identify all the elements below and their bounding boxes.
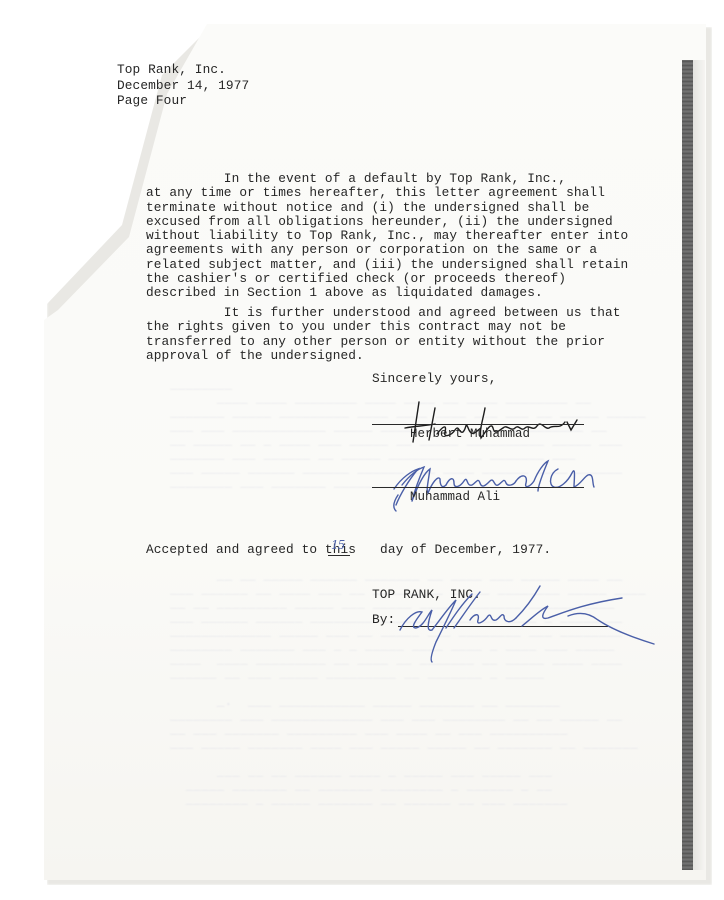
signatory-name-herbert: Herbert Muhammad — [410, 427, 530, 441]
paragraph-line: It is further understood and agreed betw… — [146, 306, 621, 320]
acceptance-prefix: Accepted and agreed to this — [146, 542, 356, 557]
paragraph-line: the rights given to you under this contr… — [146, 320, 621, 334]
paragraph-line: approval of the undersigned. — [146, 349, 621, 363]
stacked-page-edge — [682, 60, 693, 870]
paragraph-line: described in Section 1 above as liquidat… — [146, 286, 628, 300]
acceptance-day-value: 15 — [331, 538, 344, 552]
acceptance-suffix: day of December, 1977. — [380, 542, 551, 557]
paragraph-line: excused from all obligations hereunder, … — [146, 215, 628, 229]
header-date: December 14, 1977 — [117, 78, 249, 94]
paragraph-line: agreements with any person or corporatio… — [146, 243, 628, 257]
paragraph-line: related subject matter, and (iii) the un… — [146, 258, 628, 272]
paragraph-line: at any time or times hereafter, this let… — [146, 186, 628, 200]
signature-line-herbert — [372, 424, 584, 425]
paragraph-transfer-clause: It is further understood and agreed betw… — [146, 306, 621, 363]
letter-header: Top Rank, Inc.December 14, 1977Page Four — [117, 62, 249, 109]
paragraph-line: the cashier's or certified check (or pro… — [146, 272, 628, 286]
signature-muhammad-ali — [388, 455, 628, 515]
paragraph-default-clause: In the event of a default by Top Rank, I… — [146, 172, 628, 301]
signature-line-ali — [372, 487, 584, 488]
signatory-name-ali: Muhammad Ali — [410, 490, 500, 504]
header-company: Top Rank, Inc. — [117, 62, 249, 78]
signature-top-rank — [392, 580, 667, 665]
paragraph-line: without liability to Top Rank, Inc., may… — [146, 229, 628, 243]
paragraph-line: terminate without notice and (i) the und… — [146, 201, 628, 215]
header-page-number: Page Four — [117, 93, 249, 109]
signature-herbert-muhammad — [395, 400, 620, 450]
acceptance-day-field[interactable]: 15 — [328, 541, 350, 557]
paragraph-line: transferred to any other person or entit… — [146, 335, 621, 349]
closing-salutation: Sincerely yours, — [372, 372, 496, 386]
paragraph-line: In the event of a default by Top Rank, I… — [146, 172, 628, 186]
